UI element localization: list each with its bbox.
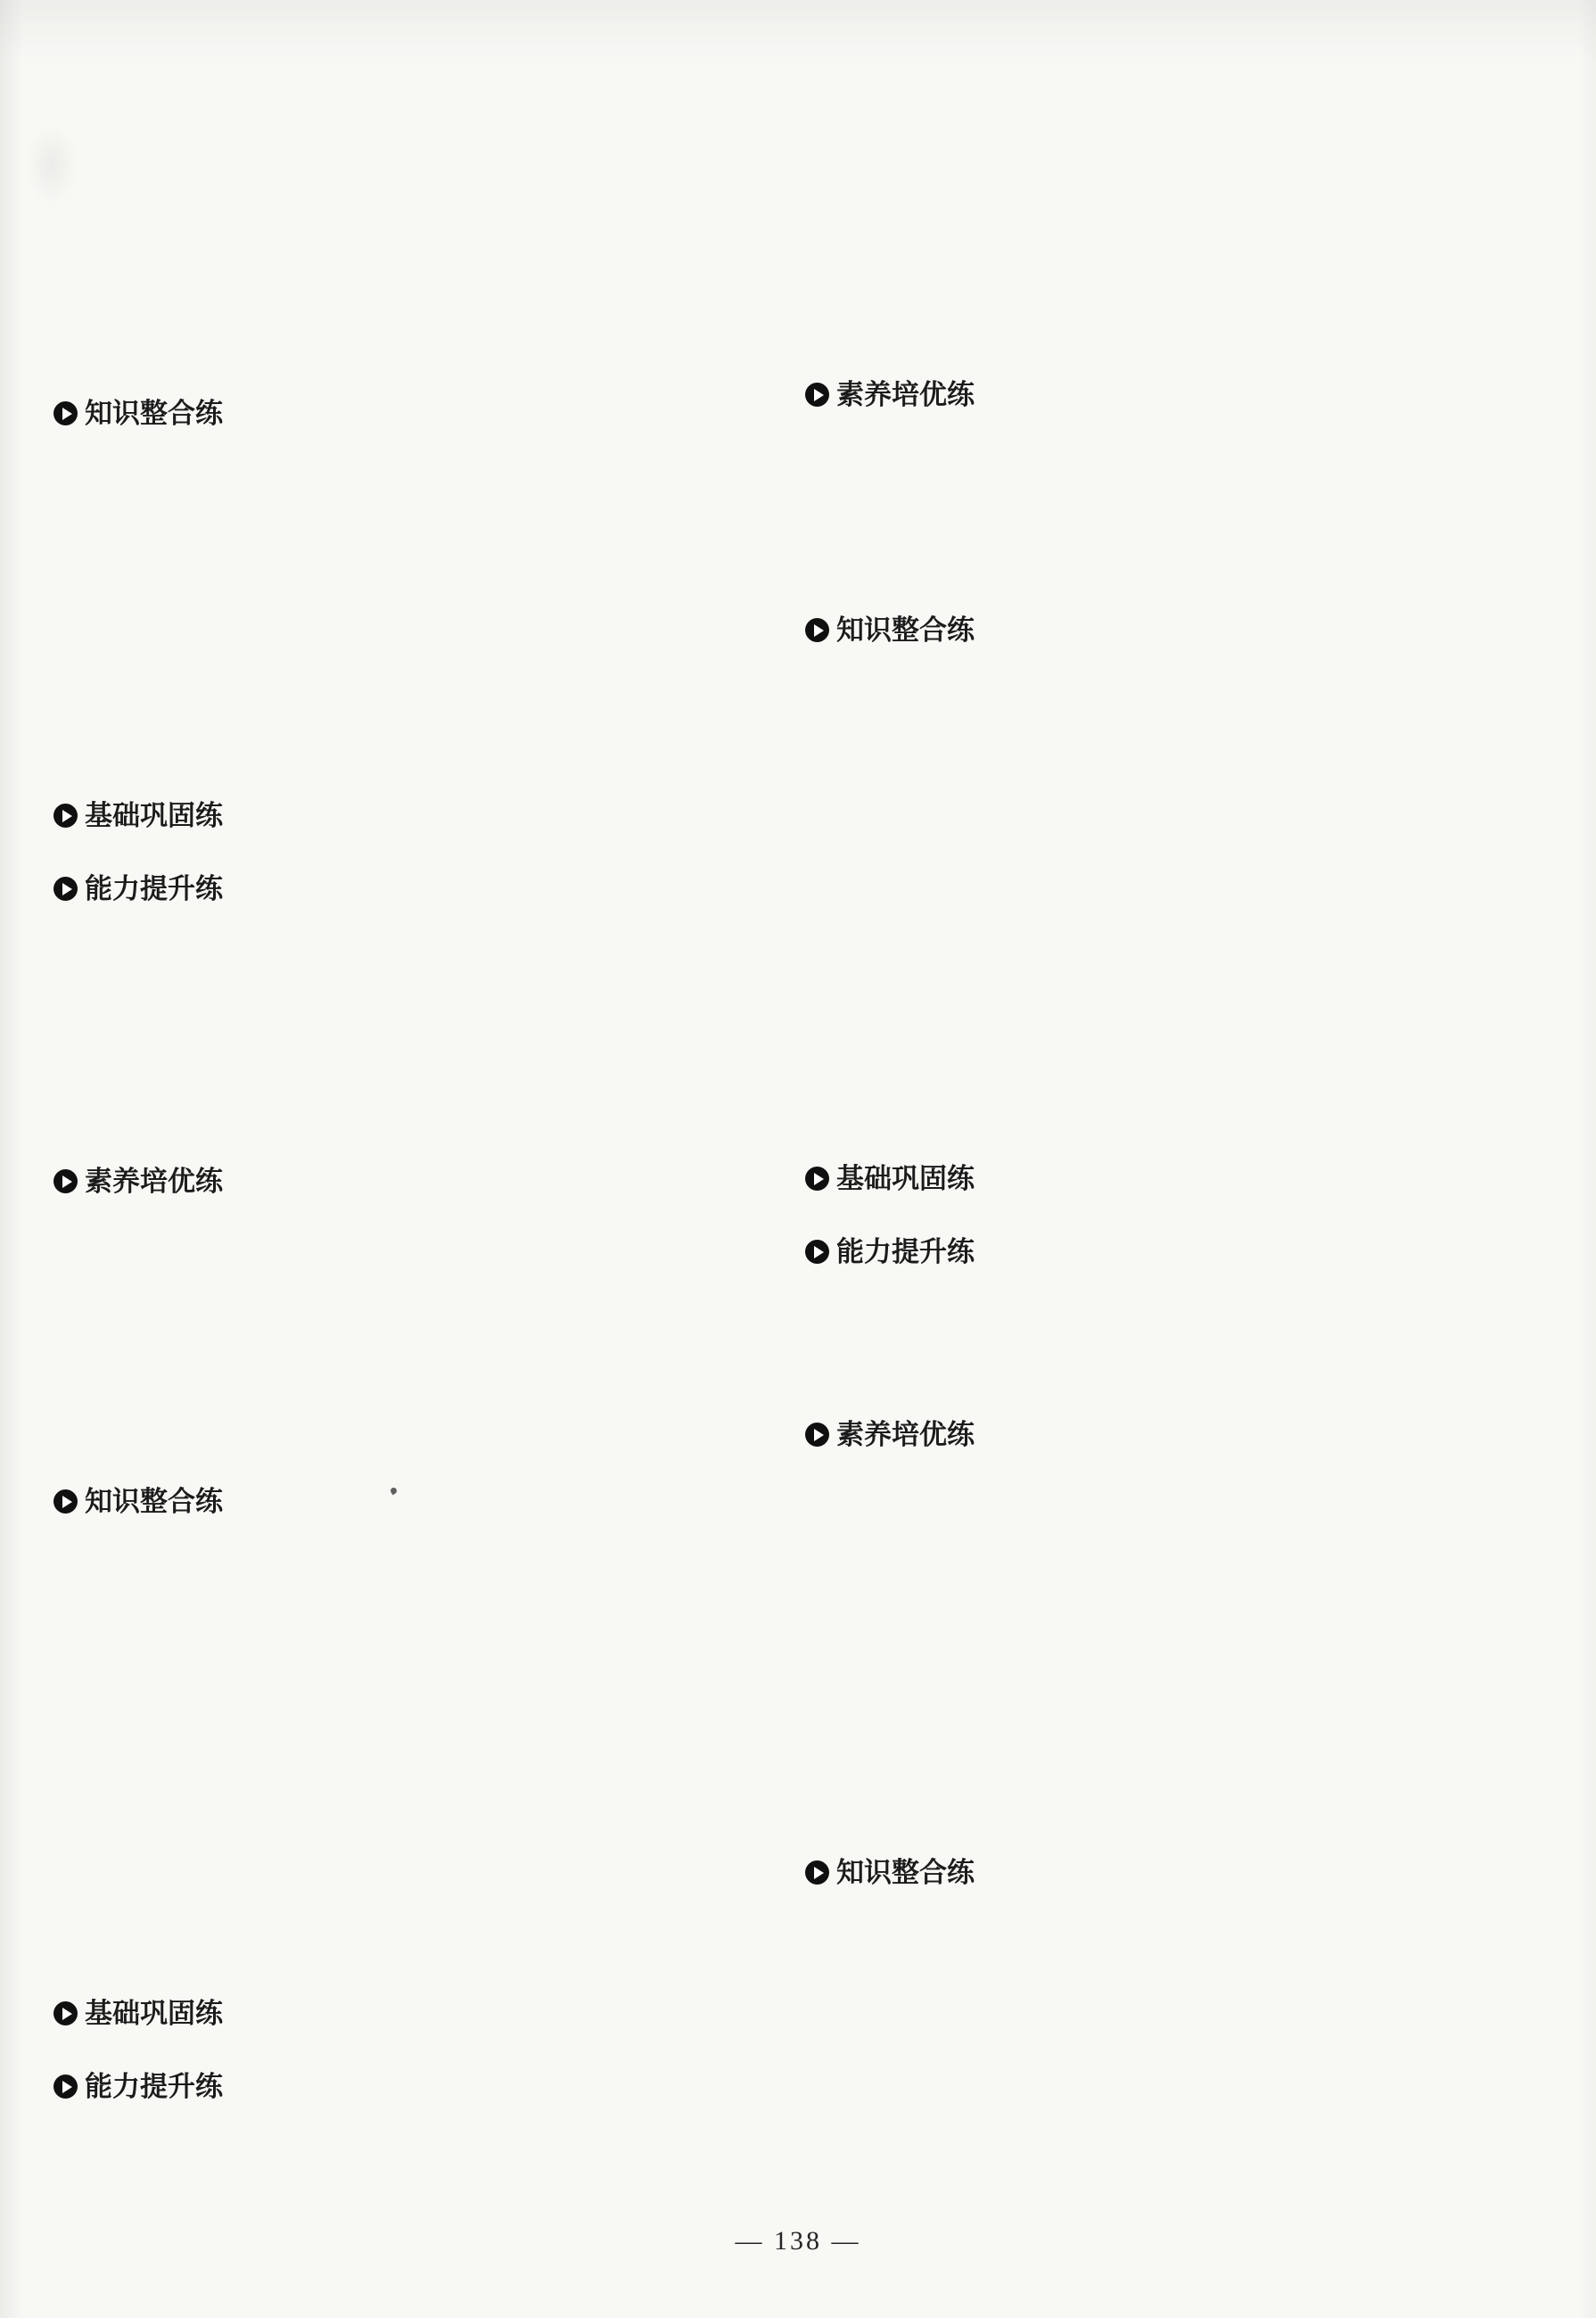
knowledge-point-label: 知识点2: [53, 1812, 733, 1849]
answer-text-line: 5.(1)高 (2)石油 煤 (3)针叶林 (4)2 贝加尔湖: [805, 2074, 1538, 2110]
answer-text-line: (1)日本的煤、石油等能源资源匮乏,而日本工业发达,对能: [805, 413, 1538, 450]
answer-text-line: 1.太平: [53, 468, 733, 505]
answer-text-line: 化 山地: [53, 1309, 733, 1346]
answer-text-line: 5.(1)北海道 本州 日本海 太平洋 关东平原: [53, 944, 733, 980]
knowledge-point-label: 知识点3: [53, 651, 733, 688]
answer-text-line: (3)尼罗 地形 气候 水源: [805, 1380, 1538, 1416]
answer-text-line: 4.伏尔加 自南向北 南高北低 不高: [805, 2037, 1538, 2074]
answer-text-line: 2.海洋性: [53, 724, 733, 761]
answer-text-line: 1.国际旅游: [805, 1087, 1538, 1124]
practice-section-header: 知识整合练: [53, 395, 733, 432]
play-icon: [53, 804, 78, 828]
practice-section-header: 基础巩固练: [805, 1160, 1538, 1197]
answer-text-line: 2.环太平洋: [53, 615, 733, 651]
practice-section-header: 素养培优练: [805, 376, 1538, 413]
line-text: 素养培优练: [836, 1416, 975, 1453]
answer-text-line: 2.北海道 本州 四国 九州: [53, 505, 733, 541]
line-text: 基础巩固练: [836, 1160, 975, 1197]
answer-text-line: 1.大和 日 佛: [53, 1922, 733, 1959]
practice-section-header: 能力提升练: [53, 870, 733, 907]
knowledge-point-label: 知识点2: [805, 2110, 1538, 2147]
practice-section-header: 能力提升练: [53, 2068, 733, 2105]
line-text: 基础巩固练: [85, 797, 223, 834]
answer-text-line: 2.(1)东京 关东 (2)筑波 (3)奈良: [53, 1959, 733, 1995]
answer-text-line: 1.欧洲 重 轻: [805, 2147, 1538, 2183]
lesson-title: 与主要城市: [53, 1414, 733, 1458]
left-column: 第八章 走近国家 第一节 日本 第1课时 日本的位置、地形和气候 知识整合练 知…: [53, 145, 733, 2215]
answer-text-line: 温带季风气候 (4)冬季风从日本海带来大量水汽,该地位: [53, 1236, 733, 1273]
knowledge-point-label: 知识点3: [53, 1885, 733, 1922]
answer-text-line: 1.山地丘陵 3/4 富士山 关东平原: [53, 578, 733, 615]
answer-text-line: 3.美国 欧洲: [53, 1629, 733, 1666]
play-icon: [53, 1169, 78, 1193]
answer-text-line: 2.热带沙漠 炎热干燥 地中海 温和多雨: [805, 868, 1538, 904]
answer-text-line: 2.贫乏 进口 制成品: [53, 1593, 733, 1629]
answer-text-line: 6.狭小 小型 高 高: [53, 1739, 733, 1776]
section-title: 第三节 俄罗斯: [805, 1776, 1538, 1820]
answer-choices-line: 1.D 2.C 3.A 4.A 5.B 6.A: [53, 834, 733, 870]
practice-section-header: 能力提升练: [805, 1233, 1538, 1270]
answer-text-line: 的出口 (3)C A B: [805, 486, 1538, 523]
line-text: 素养培优练: [836, 376, 975, 413]
answer-choices-line: 1.B 2.B 3.A 4.C: [53, 907, 733, 944]
answer-text-line: 1.人力 海上运输 科技 管理 国际: [53, 1556, 733, 1593]
answer-text-line: 4.3 技术密集 节能节材: [53, 1666, 733, 1703]
line-text: 能力提升练: [85, 870, 223, 907]
play-icon: [53, 1489, 78, 1514]
line-text: 能力提升练: [836, 1233, 975, 1270]
answer-text-line: 5.太平洋 临海型: [53, 1703, 733, 1739]
answer-text-line: 6.(1)尼罗河谷地 河口三角洲: [805, 1307, 1538, 1343]
answer-text-line: 2.金字塔 狮身人面像: [805, 1124, 1538, 1160]
answer-text-line: 2.大西 印度: [805, 722, 1538, 758]
answer-text-line: 1.南非 石油: [805, 978, 1538, 1014]
answer-text-line: 月1日定为日本防灾日,这一天日本各地都要举行大规模: [805, 303, 1538, 340]
chapter-title: 第八章 走近国家: [53, 145, 733, 190]
answer-text-line: 交通便利;沿海地区地势低平,农业发达,物产丰富;沿海: [805, 194, 1538, 230]
answer-text-line: 3.地中海 生命之河: [805, 904, 1538, 941]
play-icon: [53, 401, 78, 425]
answer-text-line: (2)热带沙漠 少 光照充足: [805, 1343, 1538, 1380]
answer-text-line: 通过政策引导农民将水稻改种玉米,可缓解农业用水压力。: [805, 1526, 1538, 1563]
play-icon: [53, 2075, 78, 2099]
answer-text-line: (1)①非洲 ②红海 ③低 ④热带沙漠气候 ⑤全年炎热干: [805, 1453, 1538, 1489]
answer-text-line: 1.欧洲东部 最大 亚、欧 东、西: [805, 1927, 1538, 1964]
knowledge-point-label: 知识点1: [53, 432, 733, 468]
knowledge-point-label: 知识点2: [53, 541, 733, 578]
answer-choices-line: 1.B 2.C 3.D 4.D 5.C: [805, 1270, 1538, 1307]
answer-text-line: 5.(1)日本海 太平洋: [53, 2141, 733, 2178]
lesson-title: 第2课时 日本的经济、文化、人口: [53, 1364, 733, 1408]
knowledge-point-label: 知识点1: [805, 1891, 1538, 1927]
answer-text-line: 6.(1)朝鲜 东京 富士山 北海道渔场 (2)大和 (3)位: [805, 1694, 1538, 1730]
answer-text-line: 的防震抗灾演练;等等。: [805, 340, 1538, 376]
line-text: 能力提升练: [85, 2068, 223, 2105]
answer-choices-line: 1.C 2.C 3.C 4.B 5.B 6.B: [53, 2032, 733, 2068]
answer-text-line: 东方民族 西方文化: [53, 1849, 733, 1885]
stage-exercise-title: 阶段练习6: [805, 1592, 1538, 1637]
line-text: 素养培优练: [85, 1163, 223, 1200]
answer-text-line: 积广大,森林资源丰富 ③位于环太平洋火山地震带上,: [53, 1090, 733, 1126]
practice-section-header: 知识整合练: [805, 612, 1538, 648]
knowledge-point-label: 知识点1: [805, 648, 1538, 685]
knowledge-point-label: 知识点1: [53, 1520, 733, 1556]
answer-text-line: 1.90 尼罗河下游河谷平原: [805, 831, 1538, 868]
answer-text-line: (2)集中分布在太平洋沿岸。: [53, 2178, 733, 2215]
line-text: 知识整合练: [836, 612, 975, 648]
practice-section-header: 素养培优练: [805, 1416, 1538, 1453]
knowledge-point-label: 知识点4: [805, 1051, 1538, 1087]
answer-text-line: 1.非洲 地中 红 苏丹 苏伊士 西奈 亚: [805, 685, 1538, 722]
right-column: (3)日本太平洋沿岸港口条件优越,巨型船舶可以停靠;便 于原料、燃料的输入和工业…: [805, 120, 1538, 2220]
answer-text-line: 2.尼罗河 棉花 长绒棉: [805, 1014, 1538, 1051]
play-icon: [805, 1423, 829, 1447]
answer-text-line: 2.伏尔加河 顿河: [805, 2183, 1538, 2220]
answer-text-line: (4)日本传统民居多使用质地较轻的建筑材料;将每年9: [805, 267, 1538, 303]
answer-choices-line: 1.D 2.A 3.A 4.D: [53, 2105, 733, 2141]
line-text: 基础巩固练: [85, 1995, 223, 2032]
knowledge-point-label: 知识点3: [805, 941, 1538, 978]
practice-section-header: 基础巩固练: [53, 1995, 733, 2032]
answer-text-line: 于夏季风的迎风坡。: [805, 1730, 1538, 1767]
answer-text-line: 地震活动频繁: [53, 1126, 733, 1163]
answer-text-line: 3.温带大陆性 严寒而漫长 凉爽而短促: [805, 2000, 1538, 2037]
section-title: 第一节 日本: [53, 236, 733, 281]
answer-text-line: 印度尼西亚、新西兰: [53, 1017, 733, 1053]
play-icon: [805, 1167, 829, 1191]
answer-choices-line: 1.D 2.A 3.D 4.B 5.D: [805, 1657, 1538, 1694]
answer-text-line: 于原料、燃料的输入和工业产品的输出;城市和人口集中;: [805, 157, 1538, 194]
play-icon: [805, 1240, 829, 1264]
answer-text-line: 3.台风: [53, 761, 733, 797]
page-number: — 138 —: [0, 2226, 1596, 2256]
answer-text-line: (1)北海道 本州 (2)太平洋 欧亚 富士山 (3)北温带: [53, 1200, 733, 1236]
answer-text-line: 燥 ⑥光热 ⑦水源 ⑧尼罗河 (2)埃及的水资源有限,政府: [805, 1489, 1538, 1526]
line-text: 知识整合练: [85, 1483, 223, 1520]
section-title: 第二节 埃及: [805, 542, 1538, 587]
answer-text-line: (2)日本位于亚洲东部、太平洋西北部,是四面临海的岛国: [53, 980, 733, 1017]
answer-text-line: 于山地迎风坡,降雪多 纬度较高,冬季气温低,积雪不易融: [53, 1273, 733, 1309]
knowledge-point-label: 知识点2: [805, 795, 1538, 831]
practice-section-header: 素养培优练: [53, 1163, 733, 1200]
practice-section-header: 基础巩固练: [53, 797, 733, 834]
practice-section-header: 知识整合练: [805, 1854, 1538, 1891]
line-text: 知识整合练: [85, 395, 223, 432]
workbook-answer-page: 第八章 走近国家 第一节 日本 第1课时 日本的位置、地形和气候 知识整合练 知…: [0, 0, 1596, 2318]
answer-text-line: 7.海运: [53, 1776, 733, 1812]
answer-text-line: 源资源的需求量大。 (2)有利于原料、燃料的进口和产品: [805, 450, 1538, 486]
line-text: 知识整合练: [836, 1854, 975, 1891]
play-icon: [53, 2001, 78, 2025]
answer-text-line: (3)日本太平洋沿岸港口条件优越,巨型船舶可以停靠;便: [805, 120, 1538, 157]
answer-text-line: 平原集中,填海造陆价格低;等等。: [805, 230, 1538, 267]
answer-text-line: 1.亚热带季风 温带季风: [53, 688, 733, 724]
play-icon: [805, 618, 829, 642]
lesson-title: 第1课时 日本的位置、地形和气候: [53, 326, 733, 370]
play-icon: [805, 383, 829, 407]
answer-text-line: 3.阿拉伯 白色 伊斯兰 开罗 尼罗河: [805, 758, 1538, 795]
play-icon: [53, 877, 78, 901]
answer-text-line: (3)①四面临海,受海陆因素的影响,降水丰富 ②山地面: [53, 1053, 733, 1090]
answer-choices-line: 1.C 2.A 3.A 4.D 5.A 6.C 7.B 8.A: [805, 1197, 1538, 1233]
play-icon: [805, 1860, 829, 1885]
answer-text-line: 2.东高西低 平原和高原 平原: [805, 1964, 1538, 2000]
